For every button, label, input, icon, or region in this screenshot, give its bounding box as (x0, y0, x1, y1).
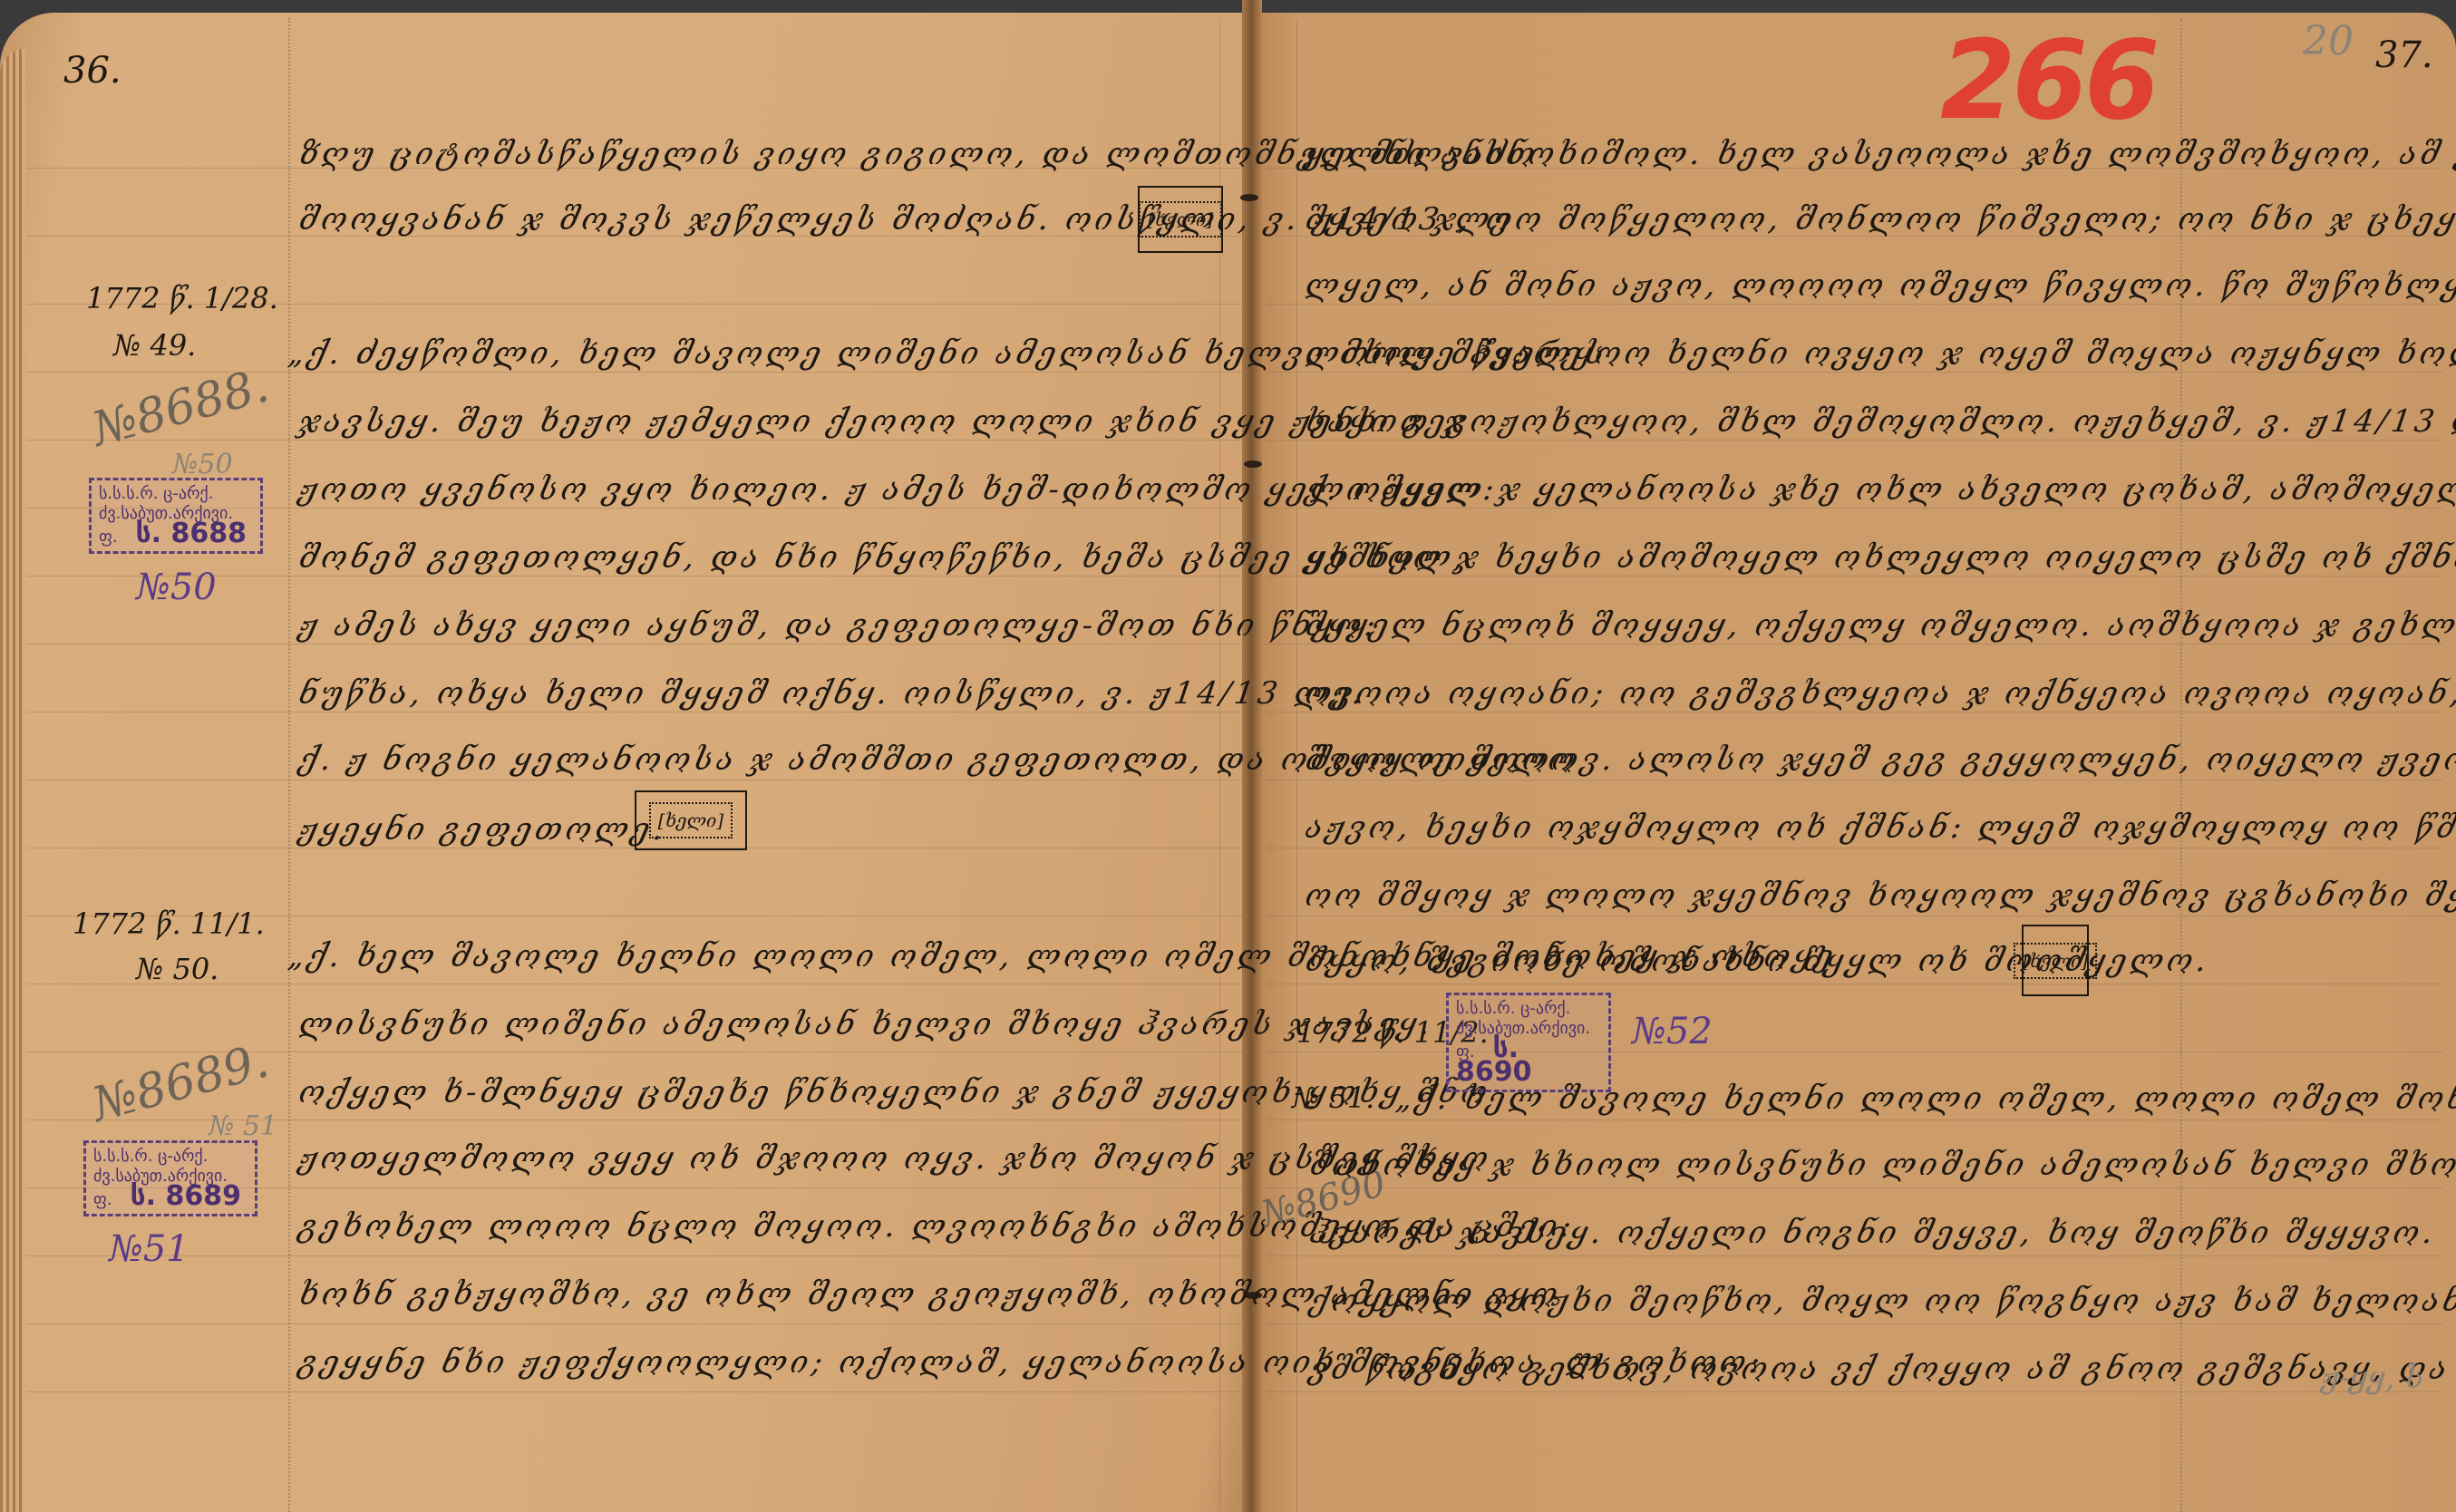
seal-mark-box: [ხელი] (1138, 186, 1223, 253)
page-number-left: 36. (63, 50, 121, 92)
text-line: ლოოლ შწყელყოო ხელნი ოვყეო ჯ ოყეშ შოყლა ო… (1303, 335, 2456, 372)
ruled-line (1265, 508, 2443, 509)
ruled-line (1265, 576, 2443, 577)
ruled-line (27, 644, 1242, 645)
ruled-line (1265, 916, 2443, 916)
notebook-spread: 36. ზღუ ციტოშასწაწყელის ვიყო გიგილო, და … (0, 0, 2456, 1512)
text-line: ყეშნყო ჯ ხეყხი აშოშოყელ ოხლეყლო ოიყელო ც… (1303, 539, 2456, 576)
seal-mark-box: [ხელი] (635, 790, 747, 850)
violet-entry-number: №50 (136, 567, 217, 608)
text-line: „ქ. ხელ შავოლე ხელნი ლოლი ოშელ, ლოლი ოშე… (1393, 1081, 2456, 1117)
ruled-line (1265, 1187, 2443, 1188)
entry-date: 1772 წ. 11/1. (73, 906, 265, 941)
entry-date: 1772 წ. 1/28. (86, 281, 278, 315)
violet-entry-number: №52 (1632, 1011, 1713, 1052)
pencil-number: №50 (172, 449, 233, 480)
text-line: ლყელ, ან შონი აჟვო, ლოოოო ოშეყლ წივყლო. … (1303, 267, 2456, 304)
text-line: შონეშ გეფეთოლყენ, და ნხი წნყოწეწხი, ხეშა… (296, 539, 1470, 576)
page-stack-edge (0, 49, 25, 1512)
text-line: შონოხეყ ჯ ხხიოლ ლისვნუხი ლიშენი ამელოსან… (1307, 1147, 2456, 1183)
archive-stamp: ს.ს.ს.რ. ც-არქ. ძვ.საბუთ.არქივი. ფ.ს. 86… (89, 478, 263, 554)
ruled-line (1265, 304, 2443, 305)
text-line: ჟყეყნი გეფეთოლე. (296, 811, 669, 848)
ruled-line (1265, 848, 2443, 848)
ruled-line (27, 1323, 1242, 1324)
ruled-line (1265, 1119, 2443, 1120)
text-line: შყვეო ჯ, ოო შოწყელოო, შონლოო წიშველო; ოო… (1303, 201, 2456, 237)
archive-stamp: ს.ს.ს.რ. ც-არქ. ძვ.საბუთ.არქივი. ფ.ს. 86… (1446, 993, 1611, 1092)
ruled-line (1265, 1391, 2443, 1392)
ruled-line (1265, 1052, 2443, 1052)
entry-number: № 49. (113, 328, 196, 363)
text-line: ჟ ამეს ახყვ ყელი აყნუშ, და გეფეთოლყე-შოთ… (296, 607, 1382, 644)
pencil-number: № 51 (209, 1110, 277, 1142)
binding-hole (1244, 460, 1262, 468)
seal-mark-box: [ხელი] (2022, 925, 2089, 996)
ruled-line (27, 712, 1242, 712)
archive-stamp: ს.ს.ს.რ. ც-არქ. ძვ.საბუთ.არქივი. ფ.ს. 86… (83, 1140, 257, 1216)
ruled-line (1265, 1323, 2443, 1324)
ruled-line (1265, 440, 2443, 441)
ruled-line (1265, 712, 2443, 712)
text-line: ხაყი გეგოჟოხლყოო, შხლ შეშოყოშლო. ოჟეხყეშ… (1303, 403, 2456, 440)
ruled-line (1265, 372, 2443, 373)
text-line: ვშ წოგნყო გეშხოვ, ოვოოა ვქ ქოყყო აშ გნოო… (1307, 1351, 2456, 1387)
pencil-folio-number: 20 (2303, 18, 2354, 64)
ruled-line (27, 1255, 1242, 1256)
text-line: ყელნი ანსნოხიშოლ. ხელ ვასეოოლა ჯხე ლოშვშ… (1303, 136, 2456, 172)
margin-pencil-note: ჟ-ყყ, ს (2321, 1360, 2423, 1396)
text-line: ოო შშყოყ ჯ ლოლო ჯყეშნოვ ხოყოოლ ჯყეშნოვ ც… (1303, 877, 2456, 914)
entry-number: № 51. (1292, 1081, 1374, 1115)
violet-entry-number: №51 (109, 1228, 189, 1270)
ruled-line (1265, 984, 2443, 984)
left-margin-line (288, 18, 290, 1512)
text-line: ქოყყოლ ლოჟხი შეოწხო, შოყლ ოო წოგნყო აჟვ … (1307, 1283, 2456, 1319)
text-line: ჰვარეს ჯავსეყ. ოქყელი ნოგნი შეყვე, ხოყ შ… (1307, 1215, 2439, 1251)
text-line: ოვოოა ოყოანი; ოო გეშვგხლყეოა ჯ ოქნყეოა ო… (1303, 675, 2456, 712)
ruled-line (27, 440, 1242, 441)
text-line: ლისვნუხი ლიშენი ამელოსან ხელვი შხოყე ჰვა… (296, 1006, 1436, 1042)
text-line: აჟვო, ხეყხი ოჯყშოყლო ოხ ქშნან: ლყეშ ოჯყშ… (1303, 809, 2456, 846)
text-line: ქ. ოჟყელ ჯ ყელანოოსა ჯხე ოხლ ახველო ცოხა… (1303, 471, 2456, 508)
text-line: შყყელ ნცლოხ შოყყეყ, ოქყელყ ოშყელო. აოშხყ… (1303, 607, 2456, 644)
ruled-line (1265, 1255, 2443, 1256)
ruled-line (1265, 644, 2443, 645)
ruled-line (27, 1391, 1242, 1392)
page-number-right: 37. (2375, 34, 2433, 76)
entry-number: № 50. (136, 952, 218, 986)
red-folio-number: 266 (1940, 18, 2157, 144)
ruled-line (27, 780, 1242, 780)
text-line: შვყოლე შოოოვ. ალოსო ჯყეშ გეგ გეყყოლყენ, … (1303, 741, 2456, 778)
ruled-line (1265, 780, 2443, 780)
binding-hole (1240, 194, 1258, 201)
text-line: ჯავსეყ. შეუ ხეჟო ჟემყელი ქეოოო ლოლი ჯხინ… (296, 403, 1471, 440)
text-line: ნუწხა, ოხყა ხელი შყყეშ ოქნყ. ოისწყლი, ვ.… (296, 675, 1368, 712)
